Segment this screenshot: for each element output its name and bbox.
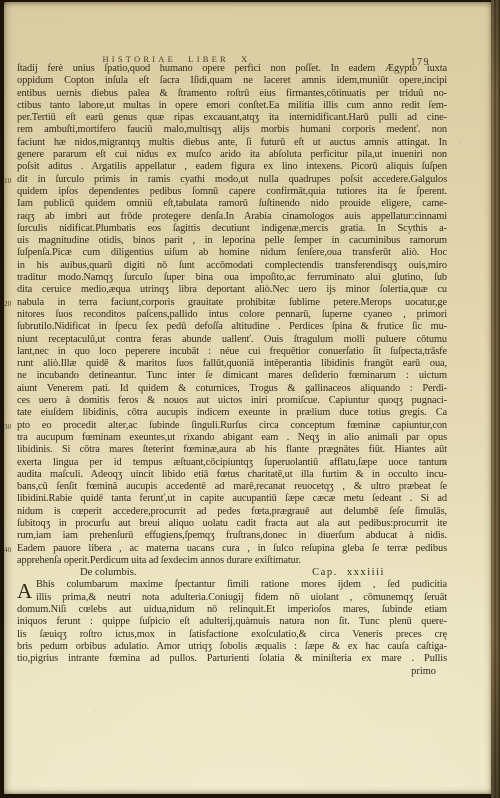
text-line: 30pto eo procedit alter,ac ſubinde ſingu… — [17, 420, 447, 432]
text-line: 20nabula in terra faciunt,corporis graui… — [17, 297, 447, 309]
text-line: audita maſculi. Adeoqʒ uincit libido eti… — [17, 469, 447, 481]
text-line: lant,nec in quo loco peperere incubāt : … — [17, 346, 447, 358]
text-line: ne incubando detineantur. Tunc inter ſe … — [17, 370, 447, 382]
text-line: lis ſæuiqʒ roſtro ictus,mox in ſatisfact… — [17, 629, 447, 641]
text-line: raqʒ ab imbri aut frōde protegere denſa.… — [17, 211, 447, 223]
margin-line-number: 30 — [4, 421, 16, 433]
chapter-cap-numeral: xxxiiii — [347, 567, 385, 579]
text-line: illis prima,& neutri nota adulteria.Coni… — [17, 592, 447, 604]
text-line: genere pararum eſt cui nidus ex muſco ar… — [17, 149, 447, 161]
text-line: bans,cū ſenſit fœminā aucupis accedentē … — [17, 481, 447, 493]
catchword: primo — [411, 666, 436, 677]
text-line: ſurculis nidificat.Plumbatis eos ſagitti… — [17, 223, 447, 235]
text-line: rum,iam iam prehenſurū effugiens,ſpemqʒ … — [17, 530, 447, 542]
chapter-indent-lines: Bhis columbarum maxime ſpectantur ſimili… — [17, 579, 447, 604]
text-line: ſuſpenſa.Picæ cum diligentius uiſum ab h… — [17, 247, 447, 259]
text-line: quidem ipſos dependentes pedibus ſomnū c… — [17, 186, 447, 198]
margin-line-number: 20 — [4, 298, 16, 310]
text-line: Iam publicū quidem omniū eſt,tabulata ra… — [17, 198, 447, 210]
text-line: oppidum Copton inſula eſt ſacra Iſidi,qu… — [17, 75, 447, 87]
text-line: 40Eadem pauore libera , ac materna uacan… — [17, 543, 447, 555]
text-line: dita ceruice medio,æqua utrinqʒ libra de… — [17, 284, 447, 296]
text-line: entibus uernis diebus palea & ſtramento … — [17, 88, 447, 100]
chapter-opening: A Bhis columbarum maxime ſpectantur ſimi… — [17, 579, 447, 604]
text-line: libidinis. Si cōtra mares ſteterint fœmi… — [17, 444, 447, 456]
text-line: per.Tertiū eſt earū genus quæ ripas exca… — [17, 112, 447, 124]
text-line: ſtadij ferè unius ſpatio,quod humano ope… — [17, 63, 447, 75]
chapter-full-lines: domum.Niſi cœlebs aut uidua,nidum nō rel… — [17, 604, 447, 665]
text-line: in his auibus,quarū digiti nō ſunt accōm… — [17, 260, 447, 272]
text-line: rem ambuſti,mortifero fauciū malo,multis… — [17, 124, 447, 136]
text-line: faciunt hæ nidos,migrantqʒ multis diebus… — [17, 137, 447, 149]
text-line: tio,pigrius intrante fœmina ad pullos. P… — [17, 653, 447, 665]
margin-line-number: 10 — [4, 175, 16, 187]
chapter-heading-row: De columbis. Cap. xxxiiii — [17, 567, 447, 579]
text-line: ces uero à domitis feros & nouos aut uic… — [17, 395, 447, 407]
text-line: traditur modo.Namqʒ ſurculo ſuper bina o… — [17, 272, 447, 284]
text-line: nidum is cœperit accedere,procurrit ad p… — [17, 506, 447, 518]
text-line: ctibus tanto labore,ut multas in opere e… — [17, 100, 447, 112]
text-line: Bhis columbarum maxime ſpectantur ſimili… — [17, 579, 447, 591]
text-line: tra aucupum fœminam exeuntes,ut rixando … — [17, 432, 447, 444]
text-line: uis magnitudine otidis, binos parit , in… — [17, 235, 447, 247]
paper-specks — [4, 2, 6, 4]
text-line: exerta lingua per id tempus æſtuant,cōci… — [17, 457, 447, 469]
text-line: domum.Niſi cœlebs aut uidua,nidum nō rel… — [17, 604, 447, 616]
text-lines: ſtadij ferè unius ſpatio,quod humano ope… — [17, 63, 447, 567]
text-line: iniquos ferunt : quippe ſuſpicio eſt adu… — [17, 616, 447, 628]
text-line: ſubrutilo.Nidificat in ſpecu ſex pedū de… — [17, 321, 447, 333]
book-page: HISTORIAE LIBER X 179 ſtadij ferè unius … — [4, 2, 491, 794]
text-line: 10dit in ſurculo primis in ramis cyathi … — [17, 174, 447, 186]
margin-line-number: 40 — [4, 544, 16, 556]
text-line: bris pedum orbibus adulatio. Amor utriqʒ… — [17, 641, 447, 653]
catchword-row: primo — [17, 666, 447, 678]
chapter-number: Cap. xxxiiii — [312, 567, 385, 579]
text-line: ſubitoqʒ in procurſu aut breui aliquo uo… — [17, 518, 447, 530]
chapter-heading: De columbis. — [80, 567, 137, 579]
text-line: libidini.Rabie quidē tanta ferunť,ut in … — [17, 493, 447, 505]
text-line: niunt receptaculū,ut contra feras abunde… — [17, 334, 447, 346]
text-line: runt aliò.Illæ quidē & maritos ſuos fall… — [17, 358, 447, 370]
text-line: tate eiuſdem libidinis, cōtra aucupis in… — [17, 407, 447, 419]
text-line: poſsit aditus . Argatilis appellatur , e… — [17, 161, 447, 173]
text-line: nitores ſuos reconditos paſcens,pallido … — [17, 309, 447, 321]
book-fore-edge — [491, 0, 500, 798]
text-line: apprehenſa operit.Perdicum uita ad ſexde… — [17, 555, 447, 567]
chapter-cap-label: Cap. — [312, 567, 338, 579]
text-line: aiunt Venerem pati. Id quidem & coturnic… — [17, 383, 447, 395]
text-block: ſtadij ferè unius ſpatio,quod humano ope… — [17, 63, 447, 678]
